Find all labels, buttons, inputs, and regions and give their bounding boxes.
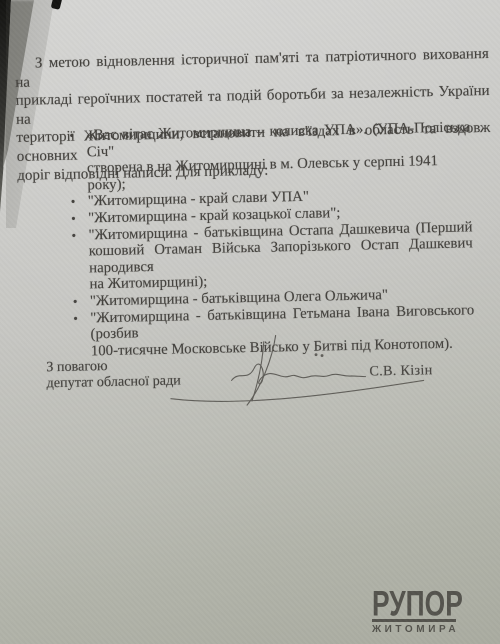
bullet-dot-icon: • <box>71 227 76 244</box>
document-body: З метою відновлення історичної пам'яті т… <box>0 0 500 644</box>
bullet-dot-icon: • <box>71 211 76 228</box>
bullet-dot-icon: • <box>69 128 74 145</box>
signature-name: С.В. Кізін <box>369 362 432 380</box>
bullet-dot-icon: • <box>71 194 76 211</box>
bullet-item: • "Житомирщина - батьківщина Остапа Дашк… <box>88 219 473 293</box>
watermark-subtitle: ЖИТОМИРА <box>372 624 467 635</box>
watermark-title: РУПОР <box>372 589 448 618</box>
bullet-dot-icon: • <box>73 294 78 311</box>
photographed-document: З метою відновлення історичної пам'яті т… <box>0 0 500 644</box>
bullet-item: • «Вас вітає Житомирщина – колиска УПА».… <box>86 119 471 193</box>
watermark-logo: РУПОР ЖИТОМИРА <box>372 589 467 635</box>
bullet-dot-icon: • <box>73 310 78 327</box>
